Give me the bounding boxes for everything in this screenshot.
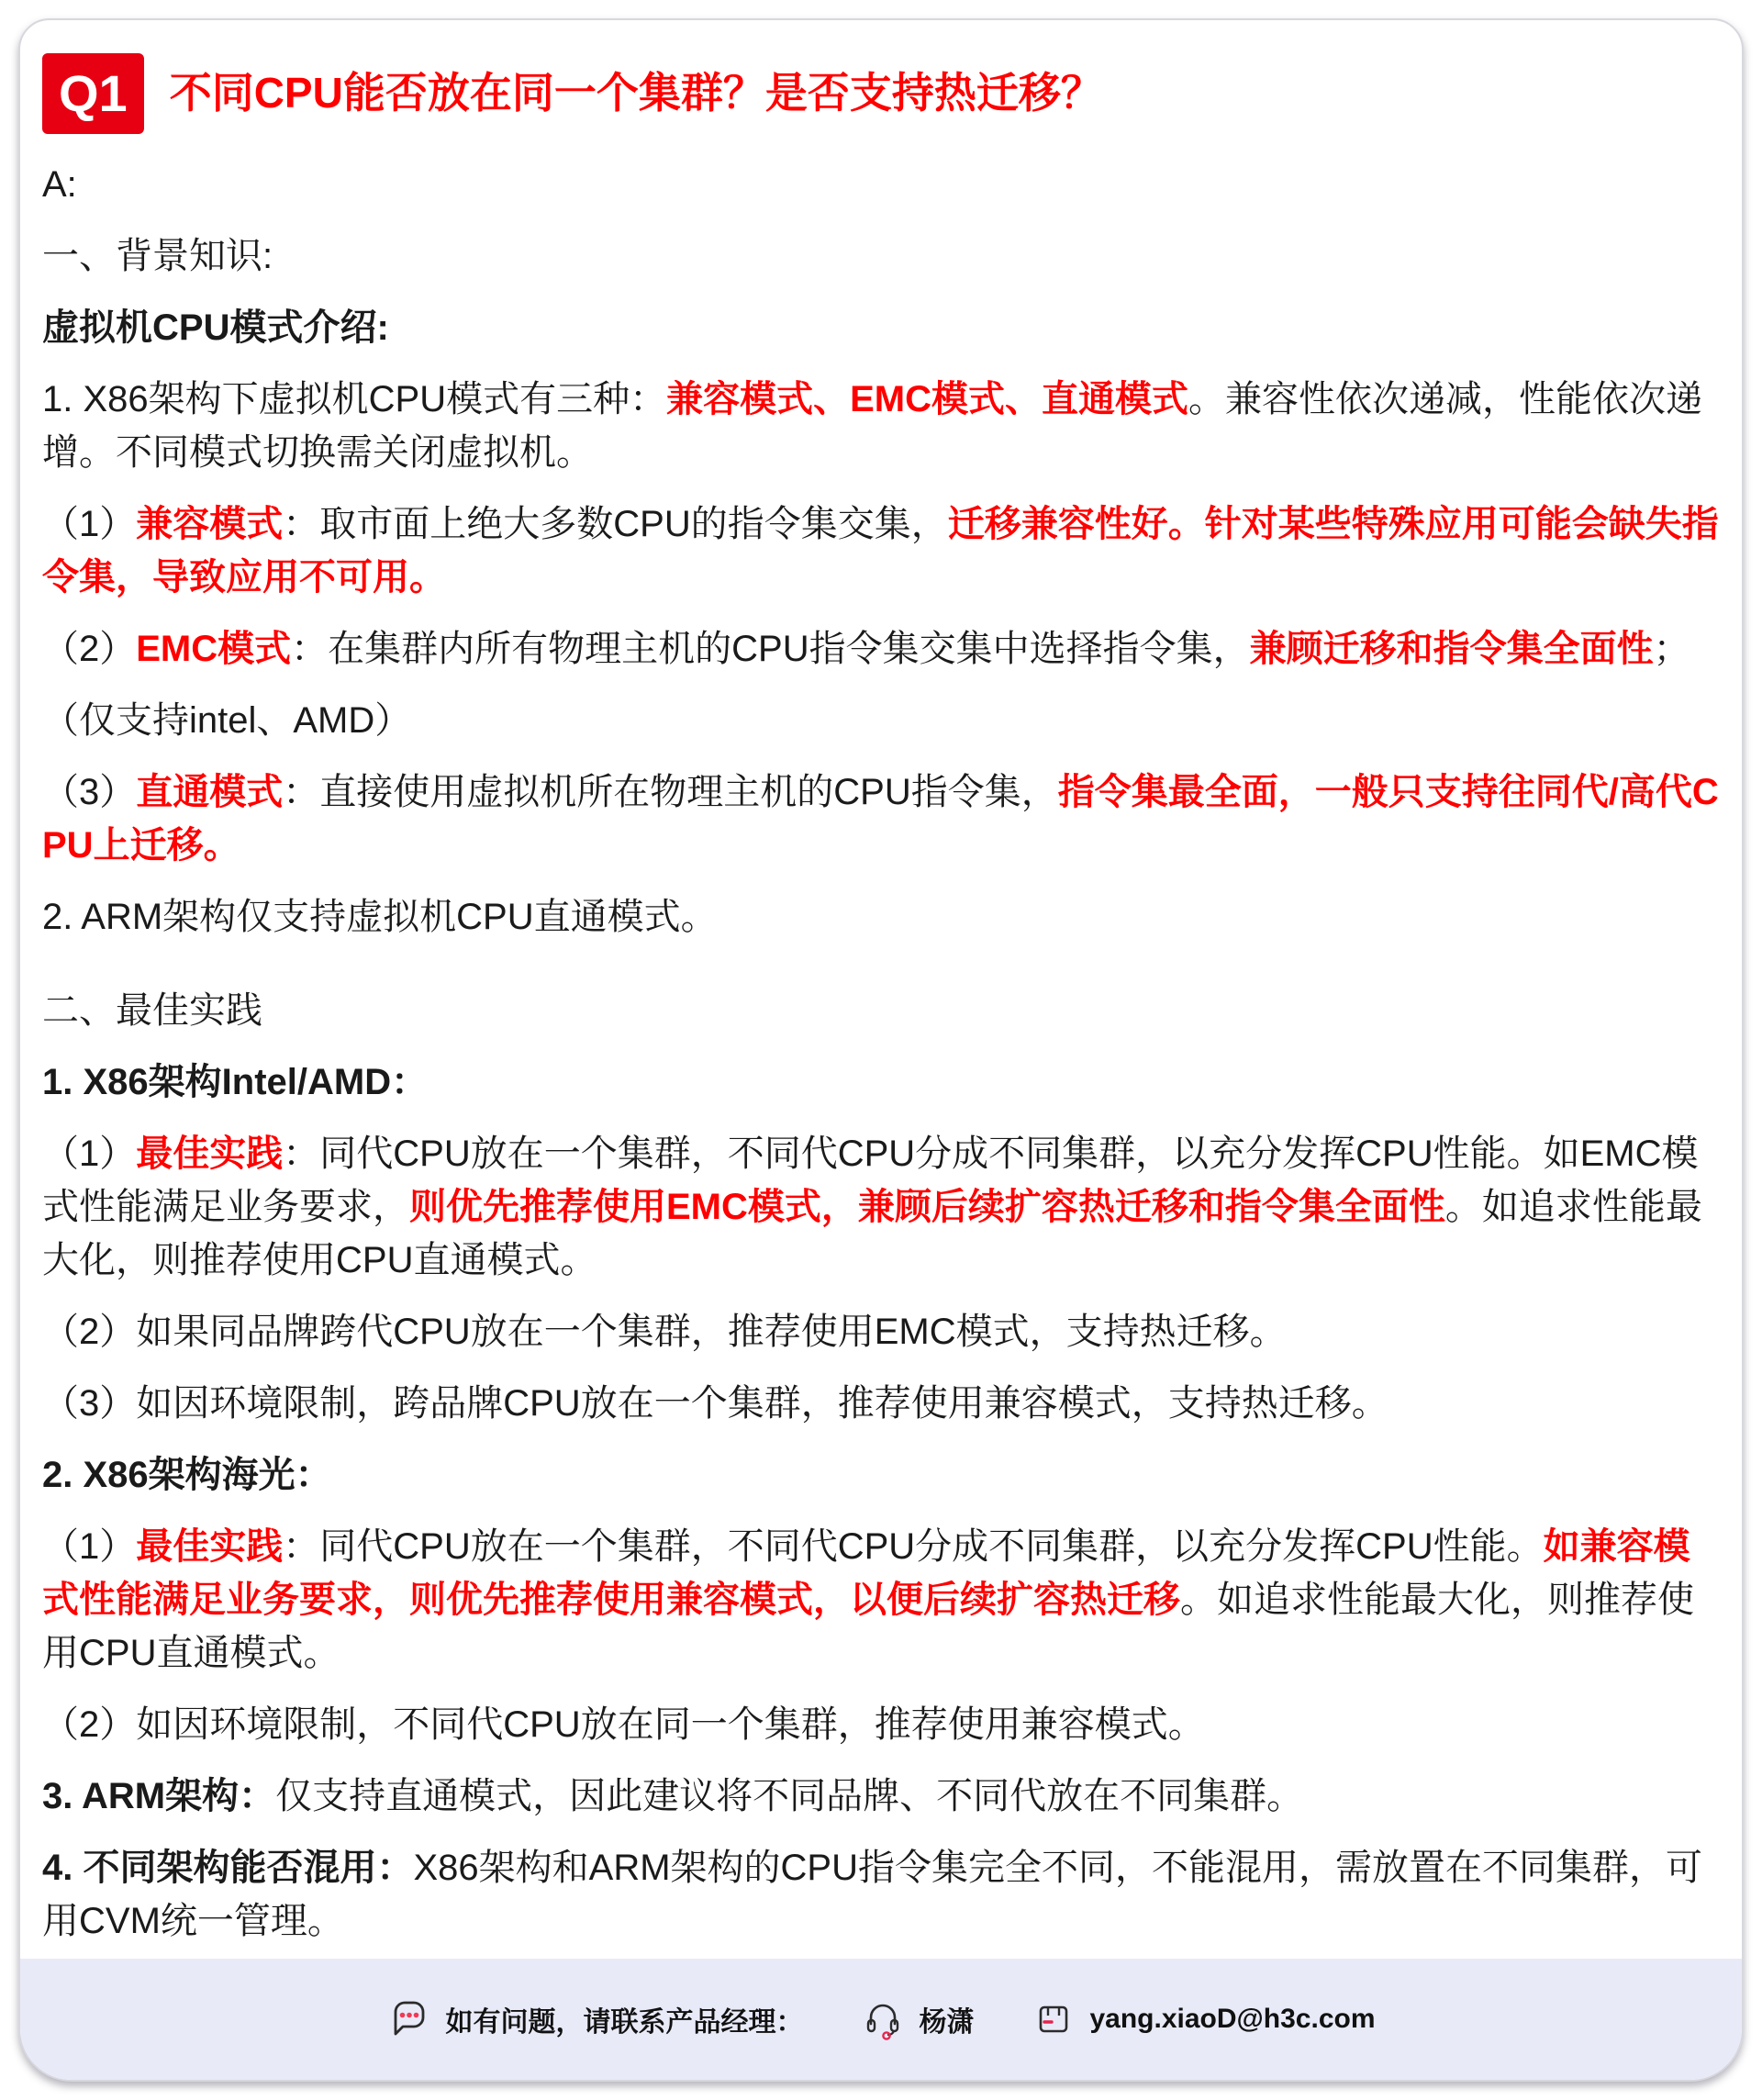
text-segment: 最佳实践 [136, 1134, 283, 1174]
paragraph: （2）EMC模式：在集群内所有物理主机的CPU指令集交集中选择指令集，兼顾迁移和… [42, 622, 1720, 676]
text-segment: 二、最佳实践 [42, 990, 262, 1031]
text-segment: 虚拟机CPU模式介绍: [42, 307, 389, 348]
paragraph: 1. X86架构Intel/AMD： [42, 1056, 1720, 1109]
text-segment: （3） [42, 772, 136, 812]
text-segment: 2. X86架构海光： [42, 1455, 332, 1495]
text-segment: 2. ARM架构仅支持虚拟机CPU直通模式。 [42, 897, 718, 937]
page-title: 不同CPU能否放在同一个集群？是否支持热迁移？ [170, 68, 1103, 118]
faq-content: Q1 不同CPU能否放在同一个集群？是否支持热迁移？ A:一、背景知识:虚拟机C… [20, 20, 1742, 1959]
text-segment: EMC模式 [136, 629, 291, 669]
text-segment: （1） [42, 504, 136, 544]
text-segment: ：直接使用虚拟机所在物理主机的CPU指令集， [283, 772, 1057, 812]
text-segment: 1. X86架构下虚拟机CPU模式有三种： [42, 379, 666, 419]
paragraph: （3）如因环境限制，跨品牌CPU放在一个集群，推荐使用兼容模式，支持热迁移。 [42, 1377, 1720, 1430]
paragraph: 2. X86架构海光： [42, 1448, 1720, 1502]
paragraph: 一、背景知识: [42, 229, 1720, 283]
text-segment: （1） [42, 1134, 136, 1174]
text-segment: 则优先推荐使用EMC模式，兼顾后续扩容热迁移和指令集全面性 [409, 1187, 1445, 1227]
text-segment: 兼容模式、EMC模式、直通模式 [666, 379, 1188, 419]
text-segment: 仅支持直通模式，因此建议将不同品牌、不同代放在不同集群。 [275, 1776, 1303, 1816]
paragraph: （1）最佳实践：同代CPU放在一个集群，不同代CPU分成不同集群，以充分发挥CP… [42, 1127, 1720, 1287]
headset-icon [862, 1998, 904, 2040]
text-segment: 1. X86架构Intel/AMD： [42, 1062, 428, 1102]
footer-contact-label-group: 如有问题，请联系产品经理： [386, 1997, 803, 2041]
text-segment: A: [42, 164, 77, 205]
text-segment: 3. ARM架构： [42, 1776, 275, 1816]
footer-contact-name-group: 杨潇 [862, 1998, 974, 2040]
paragraph: （2）如因环境限制，不同代CPU放在同一个集群，推荐使用兼容模式。 [42, 1698, 1720, 1751]
text-segment: ：在集群内所有物理主机的CPU指令集交集中选择指令集， [291, 629, 1249, 669]
paragraph: 2. ARM架构仅支持虚拟机CPU直通模式。 [42, 890, 1720, 944]
footer-contact-email-group: yang.xiaoD@h3c.com [1032, 1998, 1375, 2040]
text-segment: 最佳实践 [136, 1526, 283, 1567]
paragraph: 虚拟机CPU模式介绍: [42, 301, 1720, 354]
text-segment: 兼容模式 [136, 504, 283, 544]
question-badge: Q1 [42, 53, 144, 134]
question-header: Q1 不同CPU能否放在同一个集群？是否支持热迁移？ [42, 53, 1720, 134]
text-segment: （2）如因环境限制，不同代CPU放在同一个集群，推荐使用兼容模式。 [42, 1704, 1205, 1745]
paragraph: 3. ARM架构：仅支持直通模式，因此建议将不同品牌、不同代放在不同集群。 [42, 1770, 1720, 1823]
paragraph: （仅支持intel、AMD） [42, 694, 1720, 747]
paragraph: 二、最佳实践 [42, 984, 1720, 1037]
chat-bubble-icon [386, 1997, 430, 2041]
paragraph: （1）兼容模式：取市面上绝大多数CPU的指令集交集，迁移兼容性好。针对某些特殊应… [42, 497, 1720, 604]
footer-contact-name: 杨潇 [919, 1999, 974, 2039]
paragraph: A: [42, 158, 1720, 211]
paragraph: （3）直通模式：直接使用虚拟机所在物理主机的CPU指令集，指令集最全面，一般只支… [42, 765, 1720, 872]
footer-bar: 如有问题，请联系产品经理： 杨潇 [20, 1959, 1742, 2080]
text-segment: （3）如因环境限制，跨品牌CPU放在一个集群，推荐使用兼容模式，支持热迁移。 [42, 1383, 1388, 1424]
text-segment: （仅支持intel、AMD） [42, 700, 411, 741]
mail-icon [1032, 1998, 1075, 2040]
text-segment: ：取市面上绝大多数CPU的指令集交集， [283, 504, 947, 544]
text-segment: ：同代CPU放在一个集群，不同代CPU分成不同集群，以充分发挥CPU性能。 [283, 1526, 1543, 1567]
text-segment: ； [1654, 629, 1690, 669]
footer-contact-label: 如有问题，请联系产品经理： [445, 1999, 803, 2039]
text-segment: 4. 不同架构能否混用： [42, 1848, 413, 1888]
text-segment: （2）如果同品牌跨代CPU放在一个集群，推荐使用EMC模式，支持热迁移。 [42, 1312, 1287, 1352]
paragraph: 1. X86架构下虚拟机CPU模式有三种：兼容模式、EMC模式、直通模式。兼容性… [42, 373, 1720, 479]
text-segment: （2） [42, 629, 136, 669]
faq-card: Q1 不同CPU能否放在同一个集群？是否支持热迁移？ A:一、背景知识:虚拟机C… [18, 18, 1744, 2082]
text-segment: 一、背景知识: [42, 236, 273, 276]
text-segment: 直通模式 [136, 772, 283, 812]
paragraph: （1）最佳实践：同代CPU放在一个集群，不同代CPU分成不同集群，以充分发挥CP… [42, 1520, 1720, 1680]
footer-contact-email: yang.xiaoD@h3c.com [1089, 2004, 1375, 2035]
paragraph: 4. 不同架构能否混用：X86架构和ARM架构的CPU指令集完全不同，不能混用，… [42, 1841, 1720, 1948]
text-segment: （1） [42, 1526, 136, 1567]
paragraph: （2）如果同品牌跨代CPU放在一个集群，推荐使用EMC模式，支持热迁移。 [42, 1305, 1720, 1358]
answer-paragraphs: A:一、背景知识:虚拟机CPU模式介绍:1. X86架构下虚拟机CPU模式有三种… [42, 158, 1720, 1948]
text-segment: 兼顾迁移和指令集全面性 [1250, 629, 1654, 669]
